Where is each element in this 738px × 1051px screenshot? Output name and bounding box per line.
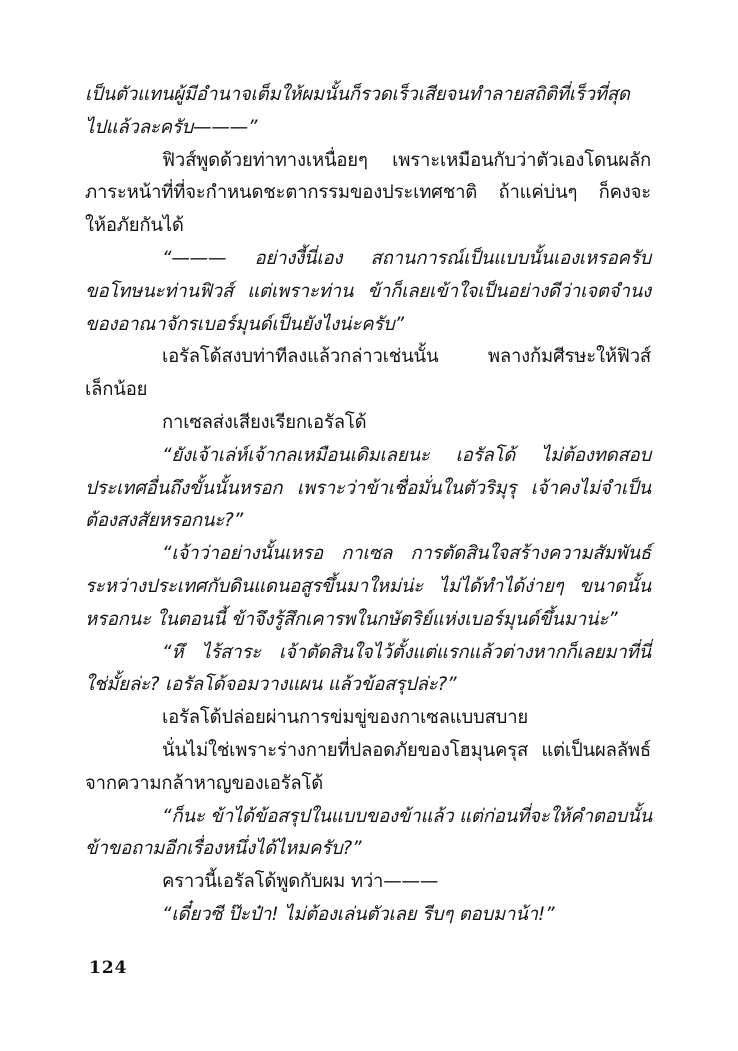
text-line: คราวนี้เอรัลโด้พูดกับผม ทว่า———	[85, 866, 651, 899]
book-page: เป็นตัวแทนผู้มีอำนาจเต็มให้ผมนั้นก็รวดเร…	[0, 0, 738, 1051]
text-line: กาเซลส่งเสียงเรียกเอรัลโด้	[85, 407, 651, 440]
text-line: ภาระหน้าที่ที่จะกำหนดชะตากรรมของประเทศชา…	[85, 177, 651, 210]
text-line: ให้อภัยกันได้	[85, 210, 651, 243]
text-line: “ยังเจ้าเล่ห์เจ้ากลเหมือนเดิมเลยนะ เอรัล…	[85, 440, 651, 473]
text-line: ขอโทษนะท่านฟิวส์ แต่เพราะท่าน ข้าก็เลยเข…	[85, 276, 651, 309]
page-number: 124	[89, 958, 128, 978]
text-line: จากความกล้าหาญของเอรัลโด้	[85, 768, 651, 801]
text-line: “ก็นะ ข้าได้ข้อสรุปในแบบของข้าแล้ว แต่ก่…	[85, 801, 651, 834]
text-line: ประเทศอื่นถึงขั้นนั้นหรอก เพราะว่าข้าเชื…	[85, 473, 651, 506]
text-line: ไปแล้วละครับ———”	[85, 112, 651, 145]
text-line: “เจ้าว่าอย่างนั้นเหรอ กาเซล การตัดสินใจส…	[85, 538, 651, 571]
body-text: เป็นตัวแทนผู้มีอำนาจเต็มให้ผมนั้นก็รวดเร…	[85, 79, 651, 932]
text-line: เป็นตัวแทนผู้มีอำนาจเต็มให้ผมนั้นก็รวดเร…	[85, 79, 651, 112]
text-line: ข้าขอถามอีกเรื่องหนึ่งได้ไหมครับ?”	[85, 833, 651, 866]
text-line: “หึ ไร้สาระ เจ้าตัดสินใจไว้ตั้งแต่แรกแล้…	[85, 637, 651, 670]
text-line: “เดี๋ยวซี ป๊ะป๋า! ไม่ต้องเล่นตัวเลย รีบๆ…	[85, 899, 651, 932]
text-line: ของอาณาจักรเบอร์มุนด์เป็นยังไงน่ะครับ”	[85, 309, 651, 342]
text-line: ต้องสงสัยหรอกนะ?”	[85, 505, 651, 538]
text-line: ระหว่างประเทศกับดินแดนอสูรขึ้นมาใหม่น่ะ …	[85, 571, 651, 604]
text-line: หรอกนะ ในตอนนี้ ข้าจึงรู้สึกเคารพในกษัตร…	[85, 604, 651, 637]
text-line: ฟิวส์พูดด้วยท่าทางเหนื่อยๆ เพราะเหมือนกั…	[85, 145, 651, 178]
text-line: “——— อย่างงี้นี่เอง สถานการณ์เป็นแบบนั้น…	[85, 243, 651, 276]
text-line: เอรัลโด้สงบท่าทีลงแล้วกล่าวเช่นนั้น พลาง…	[85, 341, 651, 374]
text-line: เล็กน้อย	[85, 374, 651, 407]
text-line: นั่นไม่ใช่เพราะร่างกายที่ปลอดภัยของโฮมุน…	[85, 735, 651, 768]
text-line: เอรัลโด้ปล่อยผ่านการข่มขู่ของกาเซลแบบสบา…	[85, 702, 651, 735]
text-line: ใช่มั้ยล่ะ? เอรัลโด้จอมวางแผน แล้วข้อสรุ…	[85, 669, 651, 702]
